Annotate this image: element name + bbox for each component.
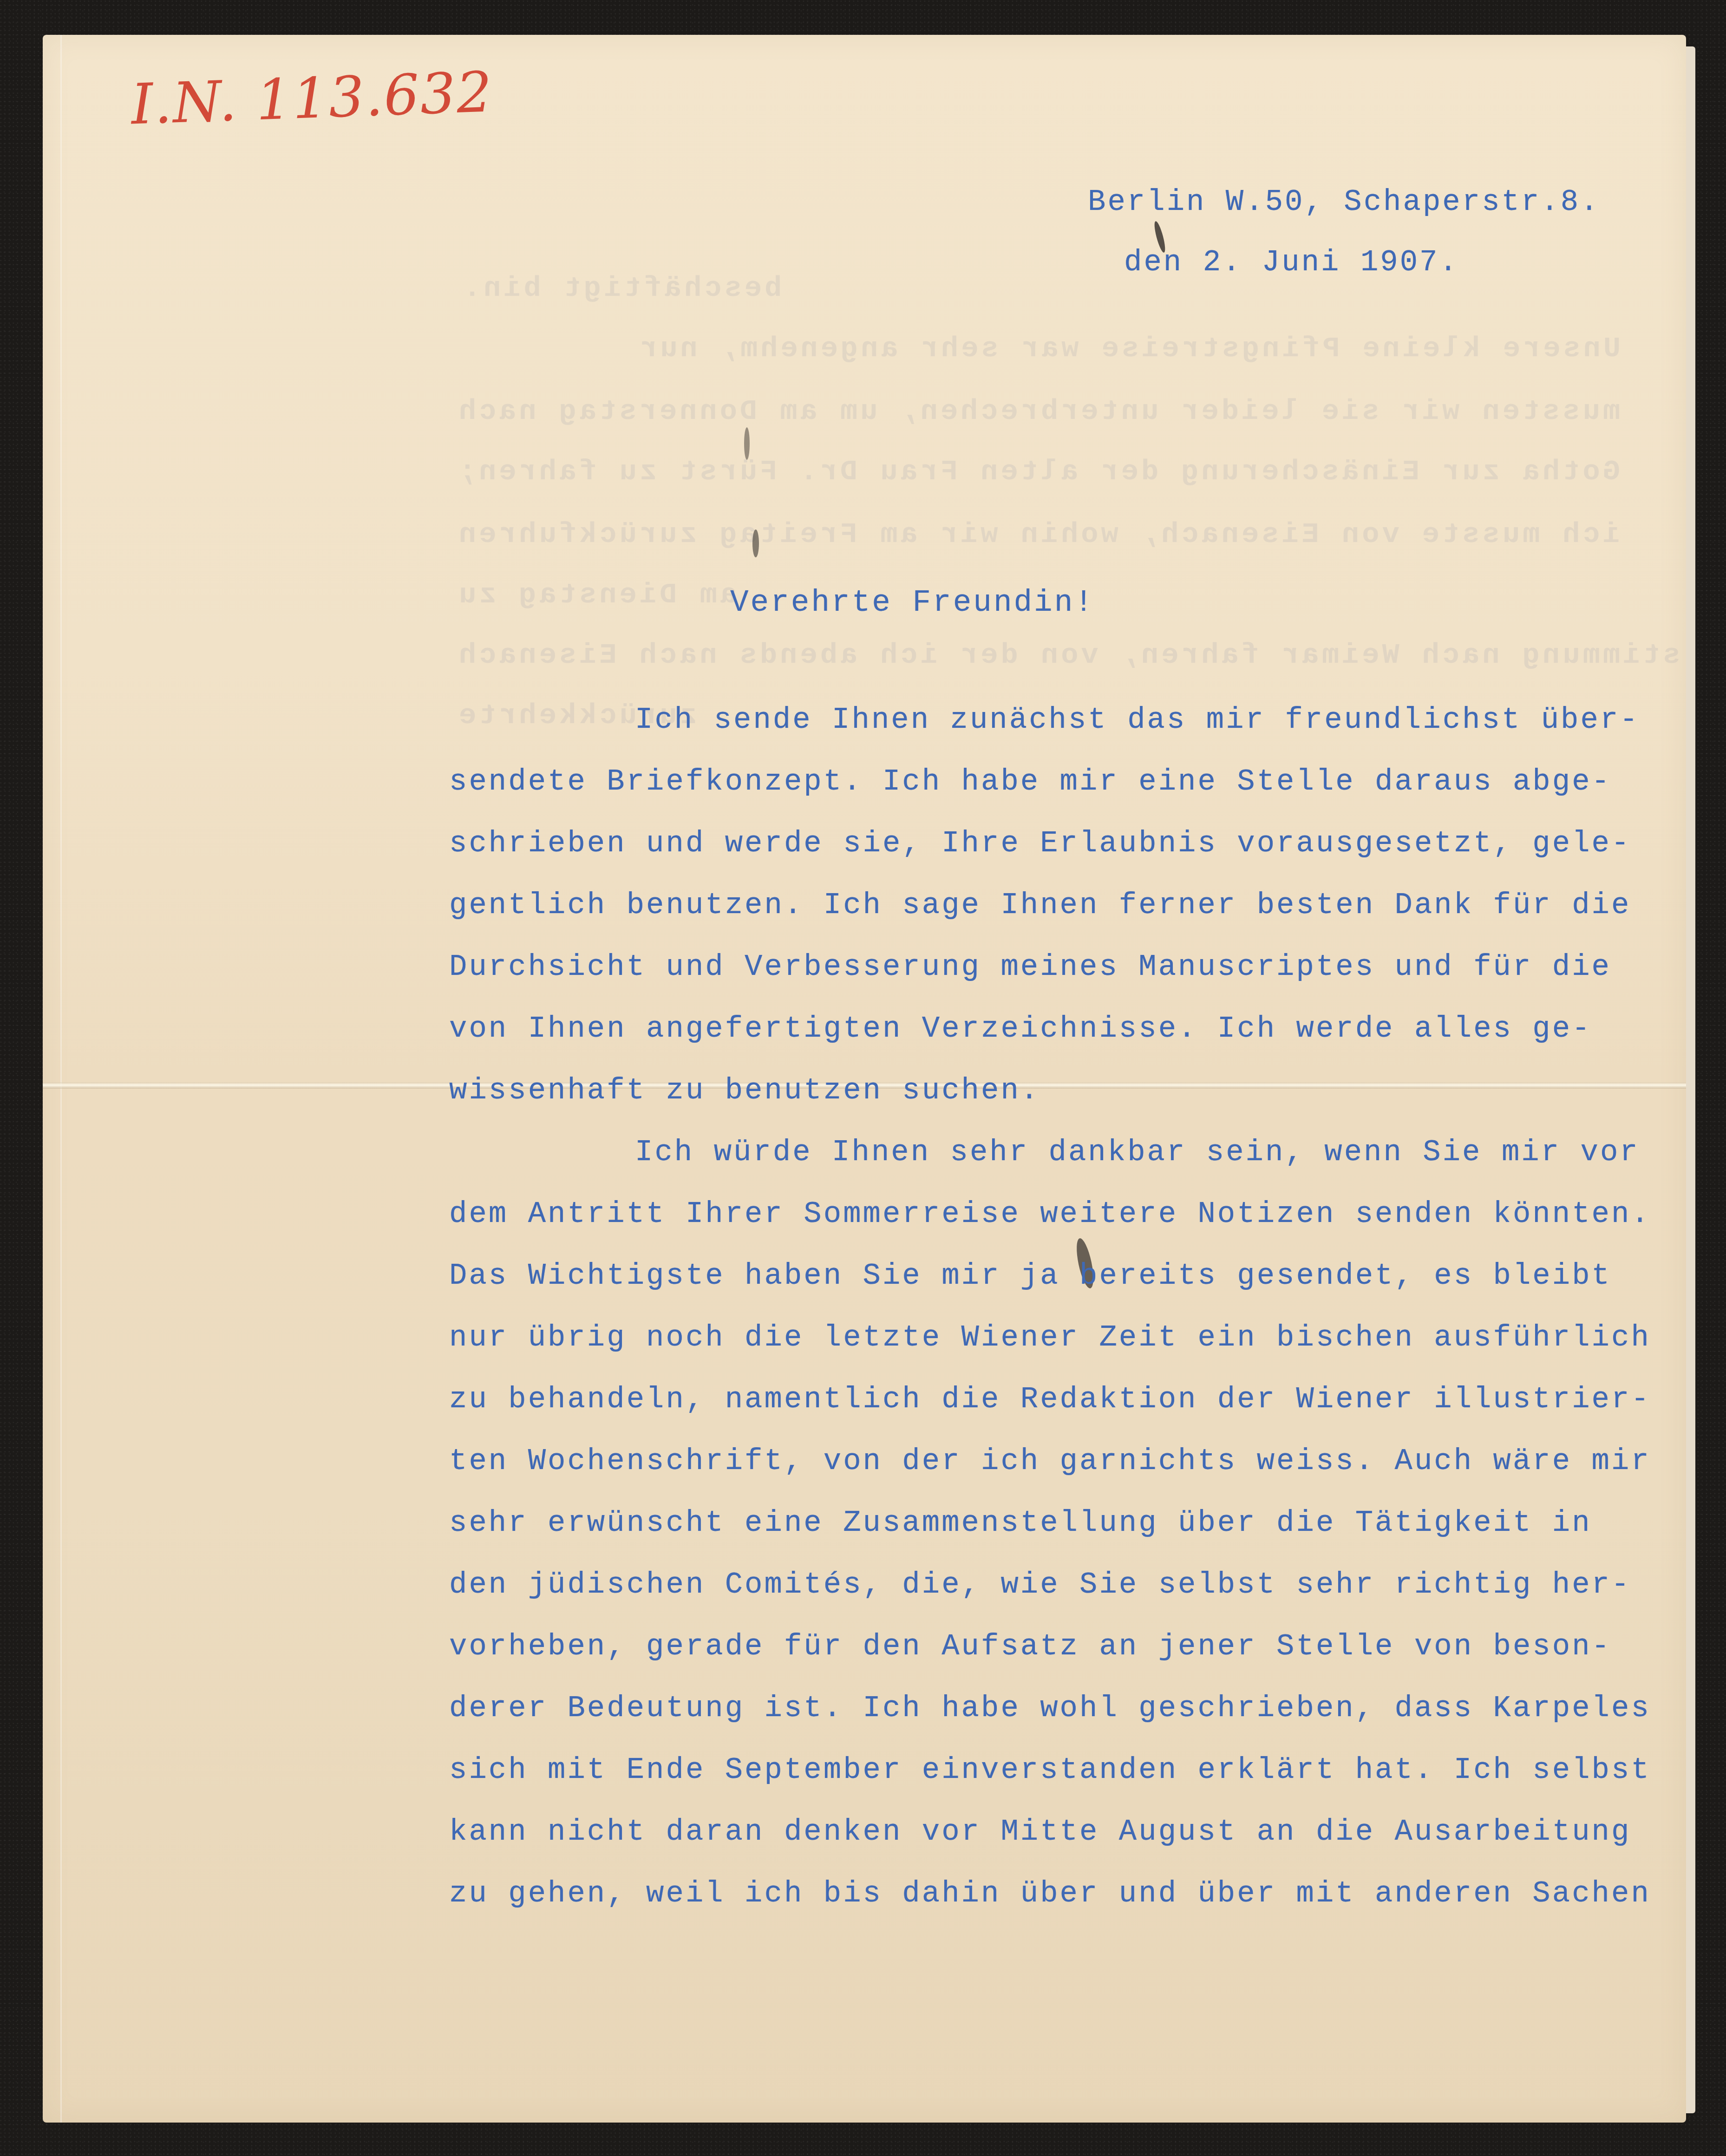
body-line: derer Bedeutung ist. Ich habe wohl gesch… — [449, 1692, 1651, 1725]
letter-date: den 2. Juni 1907. — [1124, 246, 1459, 280]
body-line: sendete Briefkonzept. Ich habe mir eine … — [449, 765, 1611, 799]
inventory-number: I.N. 113.632 — [130, 60, 494, 137]
ink-blot — [752, 529, 759, 557]
show-through-text: Unsere kleine Pfingstreise war sehr ange… — [637, 332, 1621, 365]
body-line: dem Antritt Ihrer Sommerreise weitere No… — [449, 1198, 1651, 1231]
body-line: sehr erwünscht eine Zusammenstellung übe… — [449, 1507, 1592, 1540]
show-through-text: stimmung nach Weimar fahren, von der ich… — [456, 639, 1680, 672]
show-through-text: ich musste von Eisenach, wohin wir am Fr… — [456, 518, 1620, 551]
salutation: Verehrte Freundin! — [730, 585, 1095, 620]
body-line: zu behandeln, namentlich die Redaktion d… — [449, 1383, 1651, 1417]
sender-address: Berlin W.50, Schaperstr.8. — [1088, 186, 1600, 219]
body-line: Durchsicht und Verbesserung meines Manus… — [449, 951, 1611, 984]
ink-blot — [744, 427, 750, 460]
body-line: wissenhaft zu benutzen suchen. — [449, 1074, 1040, 1108]
body-line: den jüdischen Comités, die, wie Sie selb… — [449, 1568, 1631, 1602]
body-line: Das Wichtigste haben Sie mir ja bereits … — [449, 1260, 1611, 1293]
show-through-text: Gotha zur Einäscherung der alten Frau Dr… — [456, 455, 1620, 488]
body-line: nur übrig noch die letzte Wiener Zeit ei… — [449, 1321, 1651, 1355]
show-through-text: mussten wir sie leider unterbrechen, um … — [456, 395, 1620, 428]
body-line: kann nicht daran denken vor Mitte August… — [449, 1816, 1631, 1849]
body-line: ten Wochenschrift, von der ich garnichts… — [449, 1445, 1651, 1478]
body-line: sich mit Ende September einverstanden er… — [449, 1754, 1651, 1787]
body-line: von Ihnen angefertigten Verzeichnisse. I… — [449, 1013, 1592, 1046]
show-through-text: beschäftigt bin. — [461, 272, 782, 305]
letter-page: beschäftigt bin. Unsere kleine Pfingstre… — [43, 35, 1686, 2123]
body-line: schrieben und werde sie, Ihre Erlaubnis … — [449, 827, 1631, 861]
body-line: vorheben, gerade für den Aufsatz an jene… — [449, 1630, 1611, 1664]
body-line: gentlich benutzen. Ich sage Ihnen ferner… — [449, 889, 1631, 922]
body-line: zu gehen, weil ich bis dahin über und üb… — [449, 1877, 1651, 1911]
body-line: Ich würde Ihnen sehr dankbar sein, wenn … — [635, 1136, 1640, 1169]
body-line: Ich sende Ihnen zunächst das mir freundl… — [635, 704, 1640, 737]
show-through-text: am Dienstag zu — [456, 578, 737, 611]
